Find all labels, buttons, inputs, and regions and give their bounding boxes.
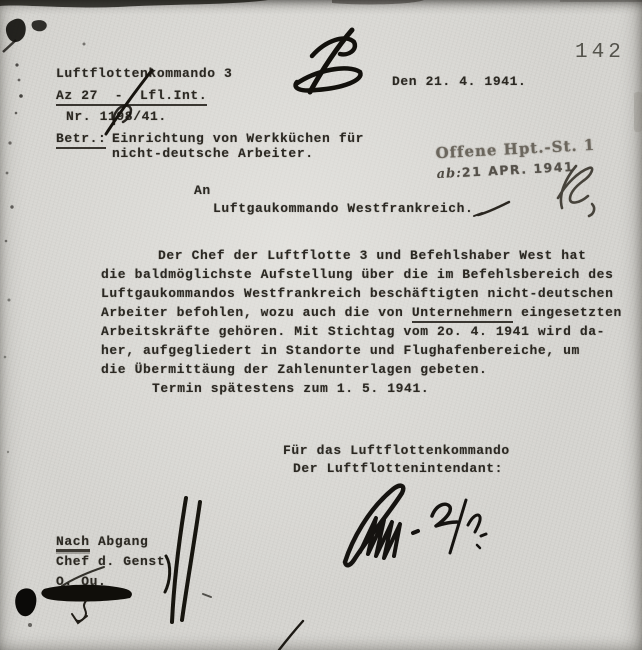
body-line-5: Arbeitskräfte gehören. Mit Stichtag vom …	[101, 322, 605, 341]
recipient-an: An	[194, 181, 211, 200]
footer-o-qu: O. Qu.	[56, 572, 106, 591]
body-line-4a: Arbeiter befohlen, wozu auch die von	[101, 305, 412, 320]
body-line-8: Termin spätestens zum 1. 5. 1941.	[101, 379, 429, 398]
az-underlined: Az 27 - Lfl.Int.	[56, 88, 207, 106]
betr-subject-line2: nicht-deutsche Arbeiter.	[112, 144, 314, 163]
body-line-2: die baldmöglichste Aufstellung über die …	[101, 265, 613, 284]
stamp-date: 21 APR. 1941	[462, 159, 575, 180]
betr-label-text: Betr.:	[56, 131, 106, 149]
body-line-4: Arbeiter befohlen, wozu auch die von Unt…	[101, 303, 622, 322]
body-line-4c: eingesetzten	[513, 305, 622, 320]
body-line-6: her, aufgegliedert in Standorte und Flug…	[101, 341, 580, 360]
header-unit: Luftflottenkommando 3	[56, 64, 232, 83]
footer-chef-genst: Chef d. Genst.	[56, 552, 174, 571]
document-date: Den 21. 4. 1941.	[392, 72, 526, 91]
footer-nach-abgang: Nach Abgang	[56, 532, 148, 551]
document-page: 142 Luftflottenkommando 3 Az 27 - Lfl.In…	[0, 0, 642, 650]
body-line-3: Luftgaukommandos Westfrankreich beschäft…	[101, 284, 613, 303]
body-line-1: Der Chef der Luftflotte 3 und Befehlshab…	[101, 246, 586, 265]
header-az-line: Az 27 - Lfl.Int.	[56, 86, 207, 105]
checkmark-icon	[474, 202, 509, 216]
stamp-ab-mark: ab:	[436, 166, 462, 182]
recipient-name: Luftgaukommando Westfrankreich.	[213, 199, 473, 218]
bottom-pen-stroke	[279, 621, 303, 650]
body-line-7: die Übermittäung der Zahlenunterlagen ge…	[101, 360, 487, 379]
footer-nach: Nach	[56, 534, 90, 549]
header-nr-line: Nr. 1198/41.	[66, 107, 167, 126]
body-line-4-underlined: Unternehmern	[412, 305, 513, 323]
receipt-stamp: Offene Hpt.-St. 1 ab:21 APR. 1941	[435, 136, 597, 183]
closing-line-2: Der Luftflottenintendant:	[293, 459, 503, 478]
page-number: 142	[575, 42, 625, 64]
signature-mark	[345, 486, 486, 565]
paraph-mark	[296, 30, 361, 92]
betr-label: Betr.:	[56, 129, 106, 148]
footer-abgang: Abgang	[90, 534, 149, 549]
closing-line-1: Für das Luftflottenkommando	[283, 441, 510, 460]
ink-blot	[15, 588, 36, 616]
